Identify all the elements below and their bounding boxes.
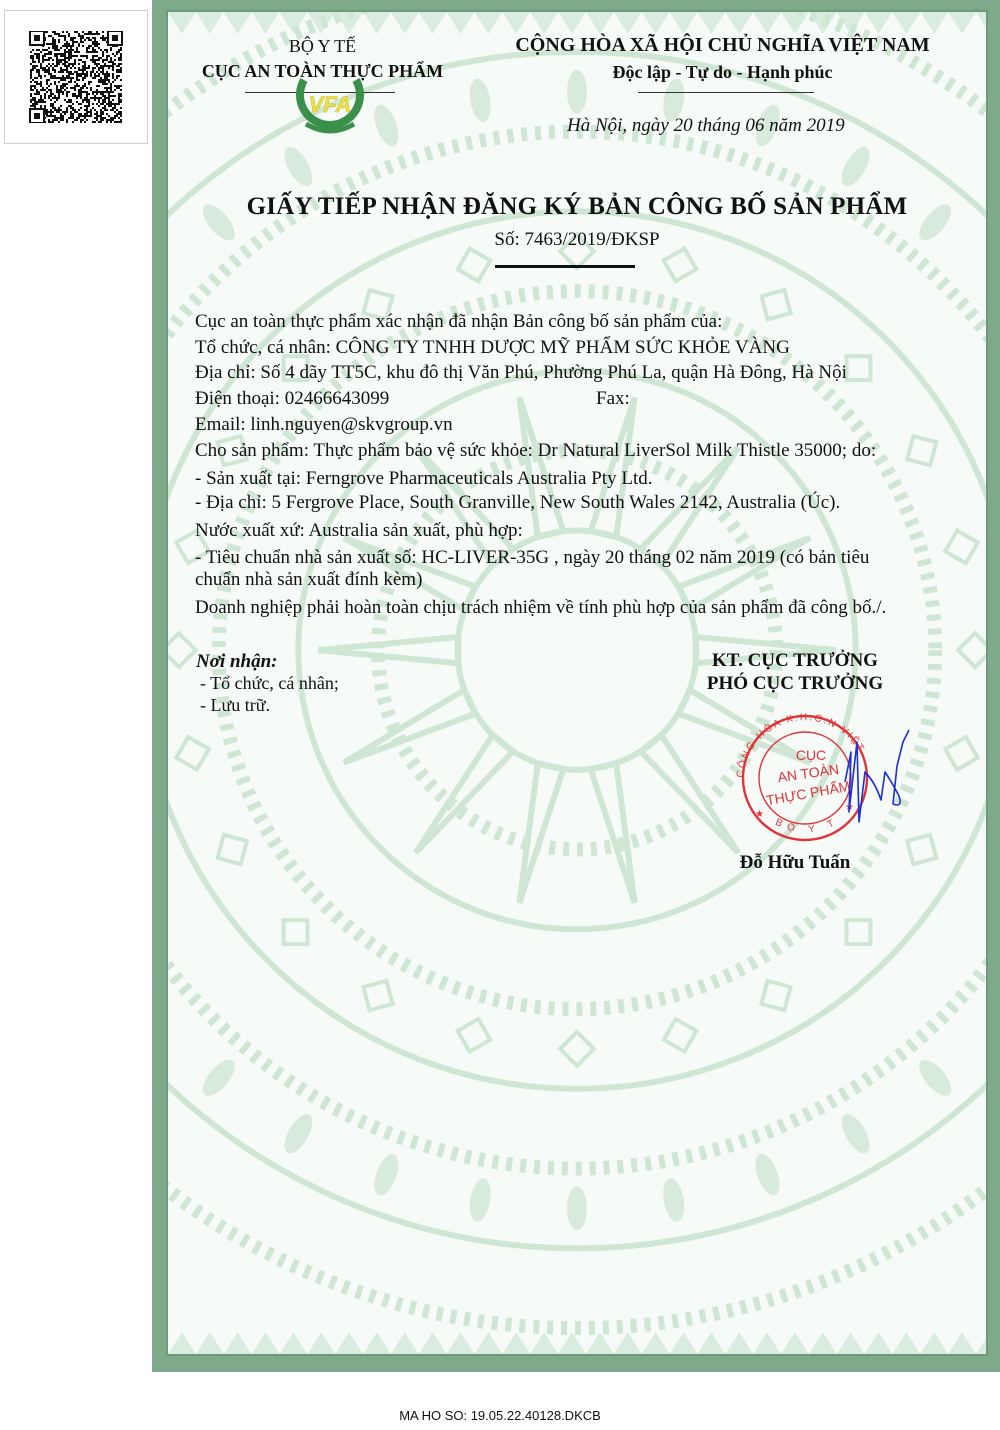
intro-text: Cục an toàn thực phẩm xác nhận đã nhận B… — [195, 311, 722, 333]
standard-line-2: chuẩn nhà sản xuất đính kèm) — [195, 569, 422, 591]
title-rule — [495, 265, 635, 268]
signatory-line-2: PHÓ CỤC TRƯỞNG — [670, 673, 920, 695]
recipient-item: - Tổ chức, cá nhân; — [200, 673, 339, 694]
document-number: Số: 7463/2019/ĐKSP — [166, 229, 988, 251]
vfa-logo-icon: VFA — [286, 68, 374, 136]
national-motto: Độc lập - Tự do - Hạnh phúc — [490, 62, 955, 83]
fax: Fax: — [596, 388, 630, 410]
svg-text:CỤC: CỤC — [796, 747, 826, 763]
country-name: CỘNG HÒA XÃ HỘI CHỦ NGHĨA VIỆT NAM — [490, 34, 955, 57]
address: Địa chỉ: Số 4 dãy TT5C, khu đô thị Văn P… — [195, 362, 847, 384]
responsibility: Doanh nghiệp phải hoàn toàn chịu trách n… — [195, 597, 886, 619]
header-right-rule — [638, 92, 814, 93]
manufacturer: - Sản xuất tại: Ferngrove Pharmaceutical… — [195, 468, 652, 490]
document-title: GIẤY TIẾP NHẬN ĐĂNG KÝ BẢN CÔNG BỐ SẢN P… — [166, 193, 988, 221]
recipients-title: Nơi nhận: — [196, 651, 277, 673]
svg-text:VFA: VFA — [309, 92, 352, 117]
organization: Tổ chức, cá nhân: CÔNG TY TNHH DƯỢC MỸ P… — [195, 337, 790, 359]
standard-line-1: - Tiêu chuẩn nhà sản xuất số: HC-LIVER-3… — [195, 547, 869, 569]
product: Cho sản phẩm: Thực phẩm bảo vệ sức khỏe:… — [195, 440, 876, 462]
origin: Nước xuất xứ: Australia sản xuất, phù hợ… — [195, 520, 523, 542]
signatory-line-1: KT. CỤC TRƯỞNG — [670, 650, 920, 672]
file-code: MA HO SO: 19.05.22.40128.DKCB — [0, 1408, 1000, 1423]
email: Email: linh.nguyen@skvgroup.vn — [195, 414, 453, 436]
manufacturer-address: - Địa chỉ: 5 Fergrove Place, South Granv… — [195, 492, 840, 514]
official-stamp-icon: CỘNG HÒA X.H.C.N VIỆT NAM BỘ Y TẾ ★ ★ CỤ… — [725, 712, 925, 847]
svg-text:★: ★ — [755, 809, 764, 820]
phone: Điện thoại: 02466643099 — [195, 388, 389, 410]
ministry-name: BỘ Y TẾ — [190, 36, 455, 57]
issue-date: Hà Nội, ngày 20 tháng 06 năm 2019 — [567, 115, 845, 137]
signer-name: Đỗ Hữu Tuấn — [670, 852, 920, 874]
recipient-item: - Lưu trữ. — [200, 695, 270, 716]
